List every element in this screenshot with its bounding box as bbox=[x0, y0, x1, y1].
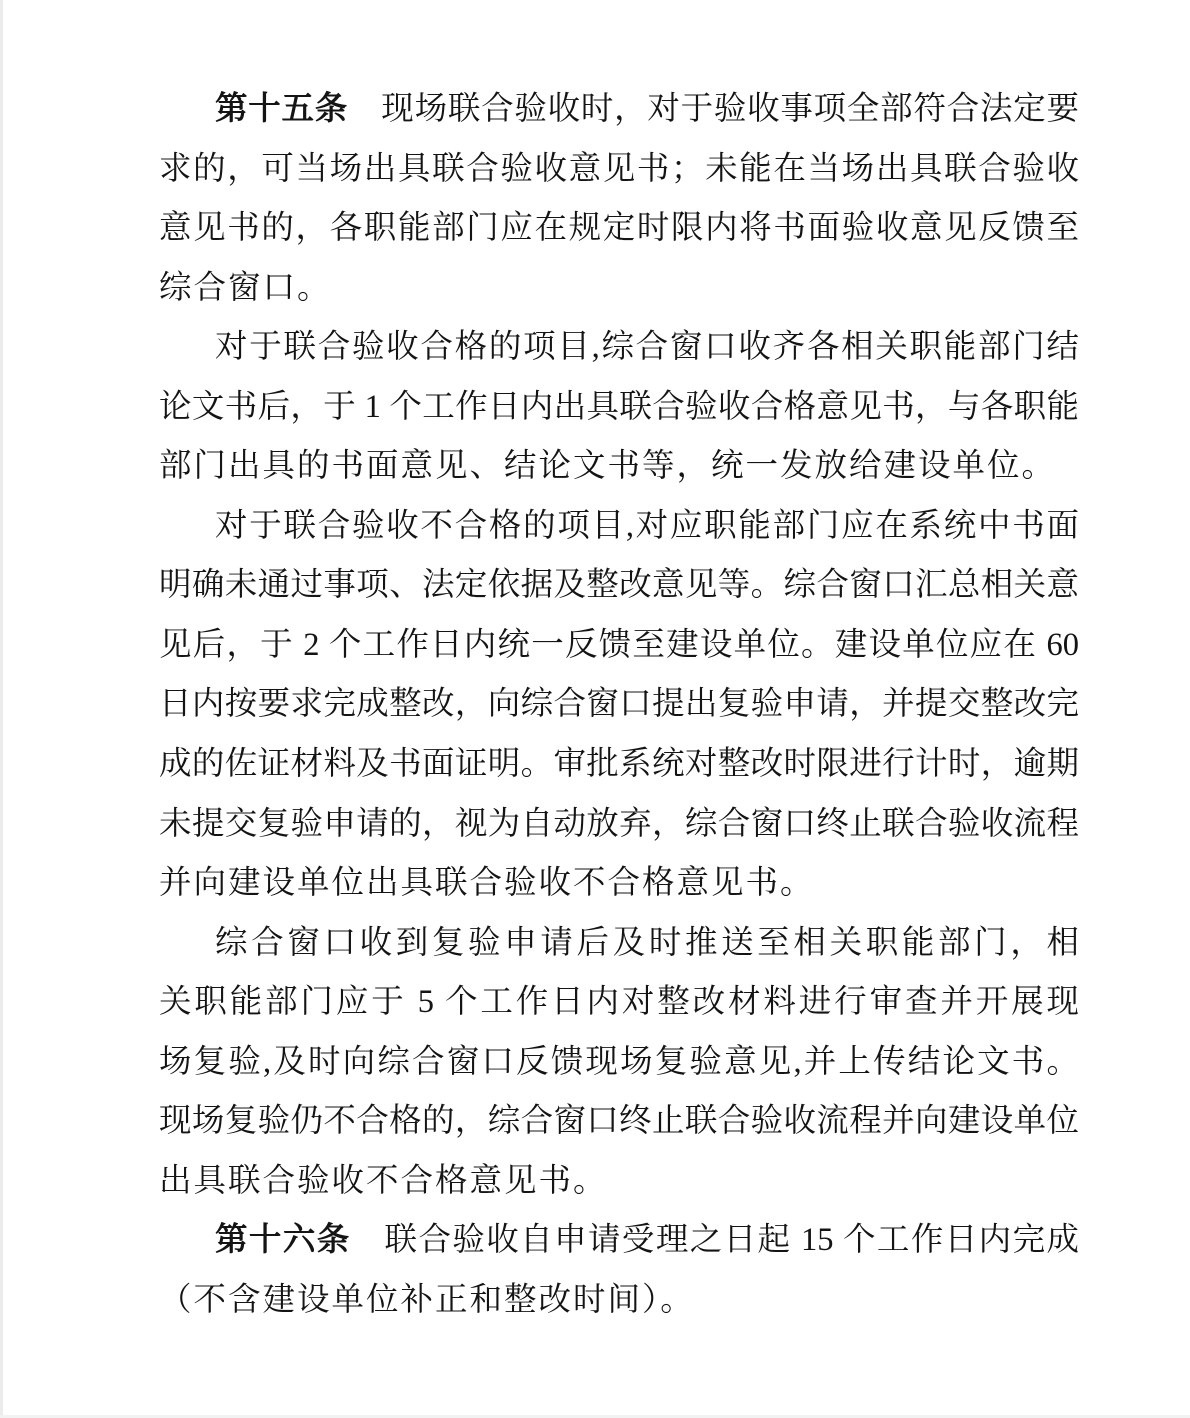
line-text: 综合窗口。 bbox=[159, 270, 332, 306]
line-text: 意见书的，各职能部门应在规定时限内将书面验收意见反馈至 bbox=[159, 210, 1079, 246]
line-text: 明确未通过事项、法定依据及整改意见等。综合窗口汇总相关意 bbox=[159, 567, 1079, 603]
scan-left-edge bbox=[0, 0, 3, 1418]
line-text: 对于联合验收不合格的项目,对应职能部门应在系统中书面 bbox=[215, 508, 1079, 544]
line-text: 见后，于 2 个工作日内统一反馈至建设单位。建设单位应在 60 bbox=[159, 627, 1079, 663]
text-line: 日内按要求完成整改，向综合窗口提出复验申请，并提交整改完 bbox=[159, 675, 1079, 735]
text-line: 并向建设单位出具联合验收不合格意见书。 bbox=[159, 854, 1079, 914]
article-number: 第十六条 bbox=[215, 1222, 351, 1258]
line-text: 综合窗口收到复验申请后及时推送至相关职能部门，相 bbox=[215, 925, 1079, 961]
text-line: 成的佐证材料及书面证明。审批系统对整改时限进行计时，逾期 bbox=[159, 735, 1079, 795]
text-line: 对于联合验收合格的项目,综合窗口收齐各相关职能部门结 bbox=[159, 318, 1079, 378]
line-text: 日内按要求完成整改，向综合窗口提出复验申请，并提交整改完 bbox=[159, 686, 1079, 722]
text-line: 现场复验仍不合格的，综合窗口终止联合验收流程并向建设单位 bbox=[159, 1092, 1079, 1152]
text-line: 第十五条 现场联合验收时，对于验收事项全部符合法定要 bbox=[159, 80, 1079, 140]
line-text: 现场联合验收时，对于验收事项全部符合法定要 bbox=[348, 91, 1079, 127]
text-line: 未提交复验申请的，视为自动放弃，综合窗口终止联合验收流程 bbox=[159, 795, 1079, 855]
text-line: 意见书的，各职能部门应在规定时限内将书面验收意见反馈至 bbox=[159, 199, 1079, 259]
line-text: 对于联合验收合格的项目,综合窗口收齐各相关职能部门结 bbox=[215, 329, 1079, 365]
text-line: 明确未通过事项、法定依据及整改意见等。综合窗口汇总相关意 bbox=[159, 556, 1079, 616]
line-text: 论文书后，于 1 个工作日内出具联合验收合格意见书，与各职能 bbox=[159, 389, 1079, 425]
text-line: 关职能部门应于 5 个工作日内对整改材料进行审查并开展现 bbox=[159, 973, 1079, 1033]
line-text: 未提交复验申请的，视为自动放弃，综合窗口终止联合验收流程 bbox=[159, 806, 1079, 842]
article-number: 第十五条 bbox=[215, 91, 348, 127]
text-line: 部门出具的书面意见、结论文书等，统一发放给建设单位。 bbox=[159, 437, 1079, 497]
text-line: 见后，于 2 个工作日内统一反馈至建设单位。建设单位应在 60 bbox=[159, 616, 1079, 676]
line-text: 出具联合验收不合格意见书。 bbox=[159, 1163, 608, 1199]
text-line: 综合窗口收到复验申请后及时推送至相关职能部门，相 bbox=[159, 914, 1079, 974]
text-line: 出具联合验收不合格意见书。 bbox=[159, 1152, 1079, 1212]
line-text: 并向建设单位出具联合验收不合格意见书。 bbox=[159, 865, 815, 901]
text-line: 场复验,及时向综合窗口反馈现场复验意见,并上传结论文书。 bbox=[159, 1033, 1079, 1093]
line-text: 求的，可当场出具联合验收意见书；未能在当场出具联合验收 bbox=[159, 151, 1079, 187]
line-text: 现场复验仍不合格的，综合窗口终止联合验收流程并向建设单位 bbox=[159, 1103, 1079, 1139]
text-line: 第十六条 联合验收自申请受理之日起 15 个工作日内完成 bbox=[159, 1211, 1079, 1271]
text-line: （不含建设单位补正和整改时间）。 bbox=[159, 1271, 1079, 1331]
line-text: 部门出具的书面意见、结论文书等，统一发放给建设单位。 bbox=[159, 448, 1056, 484]
line-text: 场复验,及时向综合窗口反馈现场复验意见,并上传结论文书。 bbox=[159, 1044, 1079, 1080]
line-text: 联合验收自申请受理之日起 15 个工作日内完成 bbox=[351, 1222, 1079, 1258]
line-text: 关职能部门应于 5 个工作日内对整改材料进行审查并开展现 bbox=[159, 984, 1079, 1020]
document-text-block: 第十五条 现场联合验收时，对于验收事项全部符合法定要求的，可当场出具联合验收意见… bbox=[159, 80, 1079, 1330]
document-page: 第十五条 现场联合验收时，对于验收事项全部符合法定要求的，可当场出具联合验收意见… bbox=[0, 0, 1190, 1418]
text-line: 求的，可当场出具联合验收意见书；未能在当场出具联合验收 bbox=[159, 140, 1079, 200]
line-text: 成的佐证材料及书面证明。审批系统对整改时限进行计时，逾期 bbox=[159, 746, 1079, 782]
text-line: 论文书后，于 1 个工作日内出具联合验收合格意见书，与各职能 bbox=[159, 378, 1079, 438]
line-text: （不含建设单位补正和整改时间）。 bbox=[159, 1282, 695, 1318]
text-line: 综合窗口。 bbox=[159, 259, 1079, 319]
text-line: 对于联合验收不合格的项目,对应职能部门应在系统中书面 bbox=[159, 497, 1079, 557]
